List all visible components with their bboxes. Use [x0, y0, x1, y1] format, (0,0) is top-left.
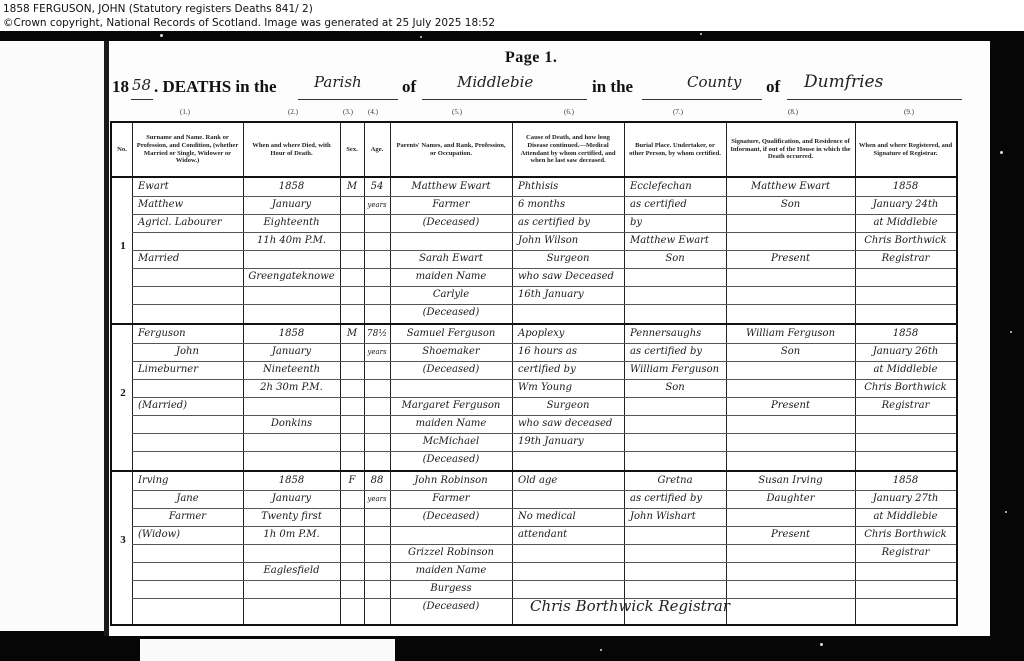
- registration-place: at Middlebie: [855, 214, 956, 232]
- death-day: Nineteenth: [243, 361, 340, 379]
- death-month: January: [243, 490, 340, 508]
- register-heading: 18 58 . DEATHS in the Parish of Middlebi…: [112, 77, 962, 103]
- registration-year: 1858: [855, 178, 956, 196]
- death-year: 1858: [243, 325, 340, 343]
- surname: Ewart: [132, 178, 243, 196]
- year-suffix: 58: [132, 76, 151, 94]
- burial-place: Gretna: [624, 472, 726, 490]
- district-type: Parish: [314, 73, 362, 91]
- attendant-title: Surgeon: [512, 397, 624, 415]
- cause-of-death: Phthisis: [512, 178, 624, 196]
- registration-date: January 26th: [855, 343, 956, 361]
- mother-maiden-name: Burgess: [390, 580, 512, 598]
- sex: M: [340, 178, 364, 196]
- death-day: Eighteenth: [243, 214, 340, 232]
- header-informant: Signature, Qualification, and Residence …: [726, 123, 855, 176]
- registrar-title: Registrar: [855, 397, 956, 415]
- father-status: (Deceased): [390, 361, 512, 379]
- page-number: Page 1.: [505, 49, 557, 67]
- death-time: 11h 40m P.M.: [243, 232, 340, 250]
- burial-certifier: William Ferguson: [624, 361, 726, 379]
- column-numbers: (1.) (2.) (3.) (4.) (5.) (6.) (7.) (8.) …: [0, 108, 990, 120]
- informant-name: Susan Irving: [726, 472, 855, 490]
- duration: 6 months: [512, 196, 624, 214]
- forename: John: [132, 343, 243, 361]
- area-type: County: [687, 73, 741, 91]
- cause-of-death: Apoplexy: [512, 325, 624, 343]
- scanned-register-image: Page 1. 18 58 . DEATHS in the Parish of …: [0, 31, 1024, 661]
- entry-number: 3: [112, 534, 134, 546]
- forename: Matthew: [132, 196, 243, 214]
- marital-status: Married: [132, 250, 243, 268]
- father-name: Samuel Ferguson: [390, 325, 512, 343]
- burial-place: Pennersaughs: [624, 325, 726, 343]
- father-name: Matthew Ewart: [390, 178, 512, 196]
- burial-certifier-relation: Son: [624, 379, 726, 397]
- informant-presence: Present: [726, 397, 855, 415]
- registration-year: 1858: [855, 472, 956, 490]
- burial-by-label: by: [624, 214, 726, 232]
- mother-status: (Deceased): [390, 451, 512, 469]
- medical-attendant: Wm Young: [512, 379, 624, 397]
- maiden-name-label: maiden Name: [390, 268, 512, 286]
- mother-name: Margaret Ferguson: [390, 397, 512, 415]
- death-year: 1858: [243, 178, 340, 196]
- register-entry: 2 Ferguson John Limeburner (Married) 185…: [112, 325, 956, 471]
- registrar-page-signature: Chris Borthwick Registrar: [530, 597, 730, 615]
- medical-attendant-note: No medical: [512, 508, 624, 526]
- header-burial-place: Burial Place. Undertaker, or other Perso…: [624, 123, 726, 176]
- image-caption: 1858 FERGUSON, JOHN (Statutory registers…: [3, 2, 1023, 32]
- informant-name: Matthew Ewart: [726, 178, 855, 196]
- burial-certified-label: as certified by: [624, 490, 726, 508]
- burial-certified-label: as certified: [624, 196, 726, 214]
- death-month: January: [243, 196, 340, 214]
- surname: Irving: [132, 472, 243, 490]
- registration-place: at Middlebie: [855, 361, 956, 379]
- facing-page-edge: [0, 41, 104, 631]
- mother-status: (Deceased): [390, 598, 512, 616]
- informant-relation: Daughter: [726, 490, 855, 508]
- heading-deaths: . DEATHS in the: [154, 77, 277, 97]
- age: 78½: [364, 325, 390, 343]
- header-age: Age.: [364, 123, 390, 176]
- burial-place: Ecclefechan: [624, 178, 726, 196]
- burial-certifier: Matthew Ewart: [624, 232, 726, 250]
- death-place: Eaglesfield: [243, 562, 340, 580]
- death-day: Twenty first: [243, 508, 340, 526]
- burial-certifier-relation: Son: [624, 250, 726, 268]
- burial-certifier: John Wishart: [624, 508, 726, 526]
- last-seen-date: 19th January: [512, 433, 624, 451]
- header-parents: Parents' Names, and Rank, Profession, or…: [390, 123, 512, 176]
- mother-name: Grizzel Robinson: [390, 544, 512, 562]
- maiden-name-label: maiden Name: [390, 562, 512, 580]
- cause-of-death: Old age: [512, 472, 624, 490]
- age-unit: years: [364, 196, 390, 214]
- mother-maiden-name: Carlyle: [390, 286, 512, 304]
- saw-deceased-label: who saw deceased: [512, 415, 624, 433]
- death-time: 1h 0m P.M.: [243, 526, 340, 544]
- father-occupation: Farmer: [390, 196, 512, 214]
- death-time: 2h 30m P.M.: [243, 379, 340, 397]
- in-the-label: in the: [592, 77, 633, 97]
- year-prefix: 18: [112, 77, 129, 97]
- surname: Ferguson: [132, 325, 243, 343]
- death-month: January: [243, 343, 340, 361]
- certified-by-label: as certified by: [512, 214, 624, 232]
- entry-number: 1: [112, 240, 134, 252]
- father-status: (Deceased): [390, 508, 512, 526]
- parish-name: Middlebie: [457, 73, 533, 91]
- mother-status: (Deceased): [390, 304, 512, 322]
- occupation: Limeburner: [132, 361, 243, 379]
- header-when-where-died: When and where Died, with Hour of Death.: [243, 123, 340, 176]
- duration: 16 hours as: [512, 343, 624, 361]
- informant-name: William Ferguson: [726, 325, 855, 343]
- burial-certified-label: as certified by: [624, 343, 726, 361]
- registration-year: 1858: [855, 325, 956, 343]
- father-name: John Robinson: [390, 472, 512, 490]
- informant-relation: Son: [726, 196, 855, 214]
- copyright-notice: ©Crown copyright, National Records of Sc…: [3, 16, 1023, 30]
- medical-attendant: John Wilson: [512, 232, 624, 250]
- last-seen-date: 16th January: [512, 286, 624, 304]
- record-title: 1858 FERGUSON, JOHN (Statutory registers…: [3, 2, 1023, 16]
- registration-date: January 24th: [855, 196, 956, 214]
- age-unit: years: [364, 343, 390, 361]
- register-entry: 1 Ewart Matthew Agricl. Labourer Married…: [112, 178, 956, 324]
- marital-status: (Married): [132, 397, 243, 415]
- mother-name: Sarah Ewart: [390, 250, 512, 268]
- mother-maiden-name: McMichael: [390, 433, 512, 451]
- saw-deceased-label: who saw Deceased: [512, 268, 624, 286]
- occupation: Farmer: [132, 508, 243, 526]
- header-no: No.: [112, 123, 132, 176]
- informant-presence: Present: [726, 526, 855, 544]
- registrar-name: Chris Borthwick: [855, 379, 956, 397]
- sex: M: [340, 325, 364, 343]
- informant-relation: Son: [726, 343, 855, 361]
- registrar-name: Chris Borthwick: [855, 526, 956, 544]
- entry-number: 2: [112, 387, 134, 399]
- death-year: 1858: [243, 472, 340, 490]
- attendant-title: Surgeon: [512, 250, 624, 268]
- header-name: Surname and Name. Rank or Profession, an…: [132, 123, 243, 176]
- certified-by-label: certified by: [512, 361, 624, 379]
- county-name: Dumfries: [804, 72, 883, 92]
- father-occupation: Farmer: [390, 490, 512, 508]
- registrar-name: Chris Borthwick: [855, 232, 956, 250]
- header-registered: When and where Registered, and Signature…: [855, 123, 956, 176]
- age-unit: years: [364, 490, 390, 508]
- paper-slip: [140, 639, 395, 661]
- registration-place: at Middlebie: [855, 508, 956, 526]
- maiden-name-label: maiden Name: [390, 415, 512, 433]
- age: 54: [364, 178, 390, 196]
- sex: F: [340, 472, 364, 490]
- forename: Jane: [132, 490, 243, 508]
- header-cause-of-death: Cause of Death, and how long Disease con…: [512, 123, 624, 176]
- age: 88: [364, 472, 390, 490]
- medical-attendant-note-cont: attendant: [512, 526, 624, 544]
- father-status: (Deceased): [390, 214, 512, 232]
- header-sex: Sex.: [340, 123, 364, 176]
- father-occupation: Shoemaker: [390, 343, 512, 361]
- informant-presence: Present: [726, 250, 855, 268]
- death-place: Greengateknowe: [243, 268, 340, 286]
- of-label: of: [402, 77, 416, 97]
- registrar-title: Registrar: [855, 250, 956, 268]
- of-label-2: of: [766, 77, 780, 97]
- marital-status: (Widow): [132, 526, 243, 544]
- registration-date: January 27th: [855, 490, 956, 508]
- registrar-title: Registrar: [855, 544, 956, 562]
- page-binding: [104, 41, 109, 636]
- deaths-register-table: No. Surname and Name. Rank or Profession…: [110, 121, 958, 626]
- death-place: Donkins: [243, 415, 340, 433]
- occupation: Agricl. Labourer: [132, 214, 243, 232]
